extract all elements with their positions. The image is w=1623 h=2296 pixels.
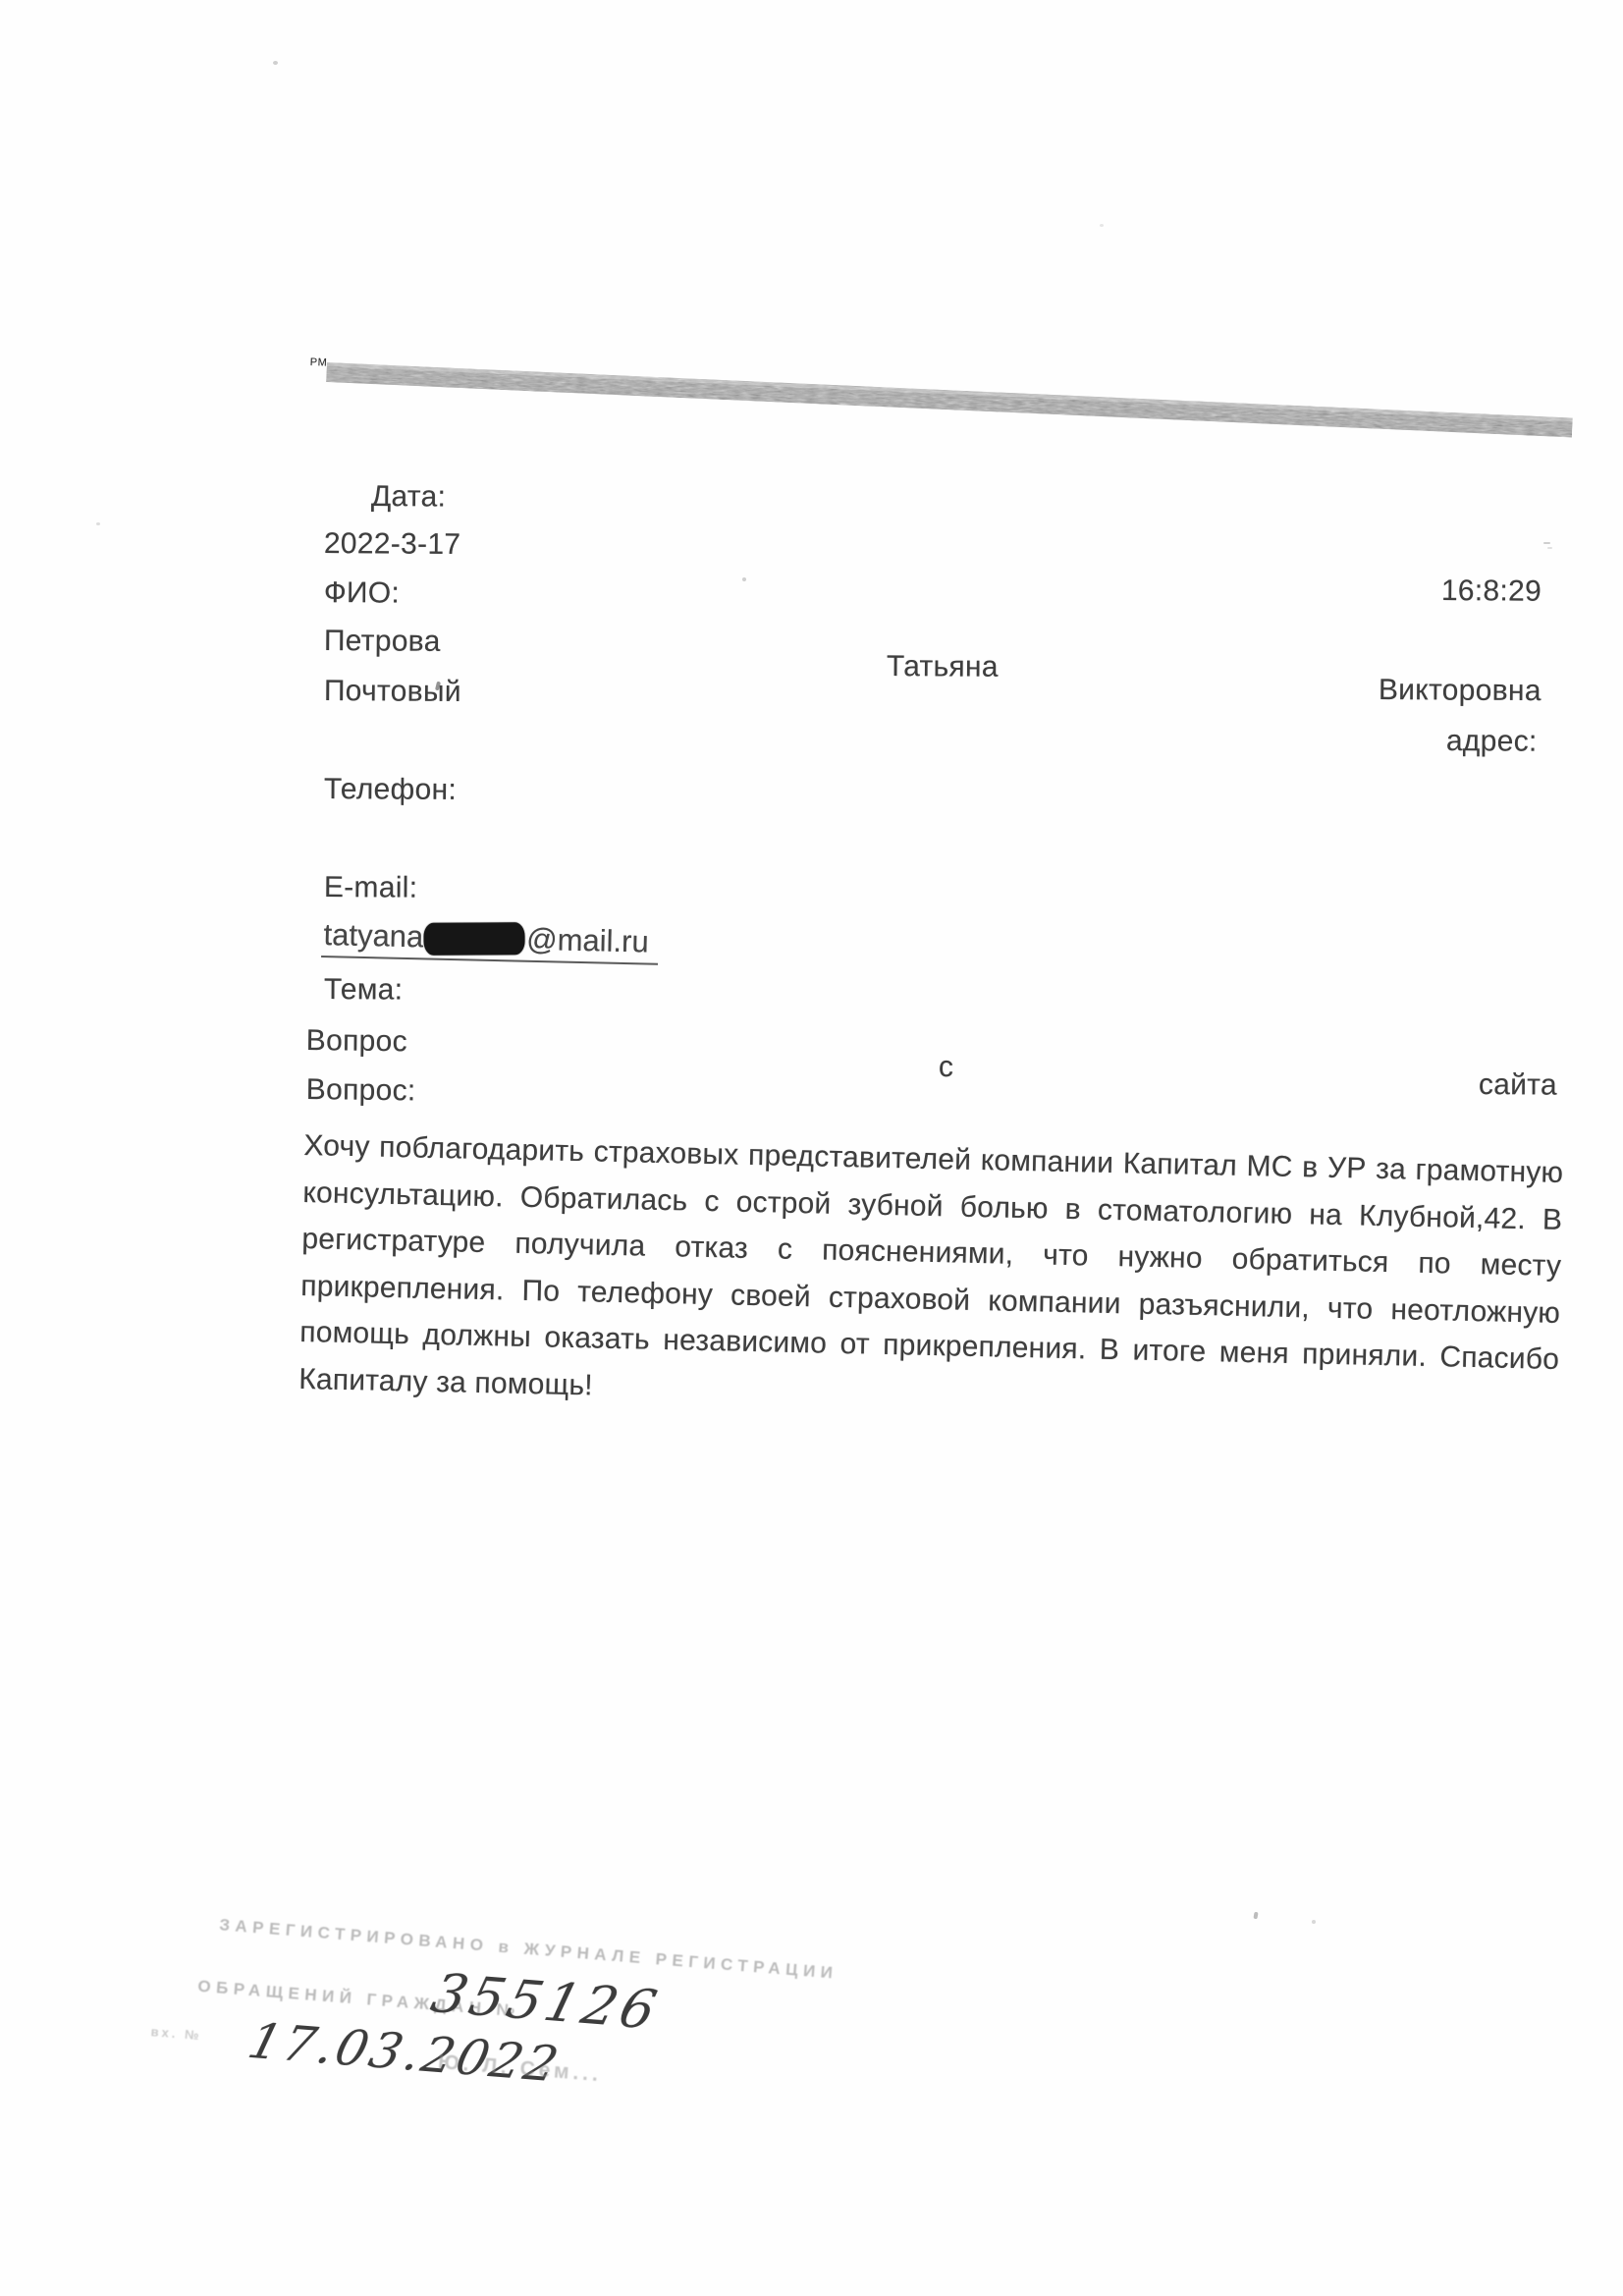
scan-speck bbox=[1312, 1920, 1316, 1924]
question-text: Хочу поблагодарить страховых представите… bbox=[298, 1122, 1564, 1430]
fio-label: ФИО: bbox=[324, 576, 400, 611]
postal-address-label-line2: адрес: bbox=[1446, 725, 1538, 759]
stamp-left-fragment: вх. № bbox=[150, 2024, 202, 2043]
first-name-value: Татьяна bbox=[887, 650, 999, 684]
middle-name-value: Викторовна bbox=[1379, 674, 1542, 708]
scan-speck bbox=[1100, 224, 1104, 227]
subject-value-part2: с bbox=[939, 1051, 954, 1084]
email-label: E-mail: bbox=[324, 871, 418, 905]
redaction-mark bbox=[423, 922, 524, 956]
scanned-document-page: PM Дата: 2022-3-17 ФИО: 16:8:29 Петрова … bbox=[0, 0, 1623, 2296]
date-value: 2022-3-17 bbox=[324, 527, 461, 562]
subject-label: Тема: bbox=[324, 973, 404, 1008]
scan-speck bbox=[96, 522, 100, 525]
scan-speck bbox=[1253, 1912, 1258, 1920]
last-name-value: Петрова bbox=[324, 625, 441, 659]
time-value: 16:8:29 bbox=[1441, 574, 1542, 609]
subject-value-part1: Вопрос bbox=[306, 1024, 408, 1059]
scanner-noise-bar bbox=[326, 362, 1573, 437]
email-address-printed-link: tatyana@mail.ru bbox=[321, 917, 659, 965]
email-domain-part: @mail.ru bbox=[526, 922, 649, 959]
scan-speck bbox=[1543, 542, 1550, 544]
scan-speck bbox=[273, 61, 278, 65]
phone-label: Телефон: bbox=[324, 773, 457, 807]
date-label: Дата: bbox=[371, 480, 447, 515]
scanner-strip-label: PM bbox=[310, 356, 328, 369]
question-label: Вопрос: bbox=[306, 1073, 416, 1108]
subject-value-part3: сайта bbox=[1479, 1068, 1557, 1103]
scan-speck bbox=[1547, 547, 1552, 549]
email-user-part: tatyana bbox=[323, 917, 423, 954]
scan-speck bbox=[742, 577, 746, 581]
postal-address-label-line1: Почтовый bbox=[324, 675, 461, 709]
scanner-noise-texture bbox=[326, 362, 1573, 437]
